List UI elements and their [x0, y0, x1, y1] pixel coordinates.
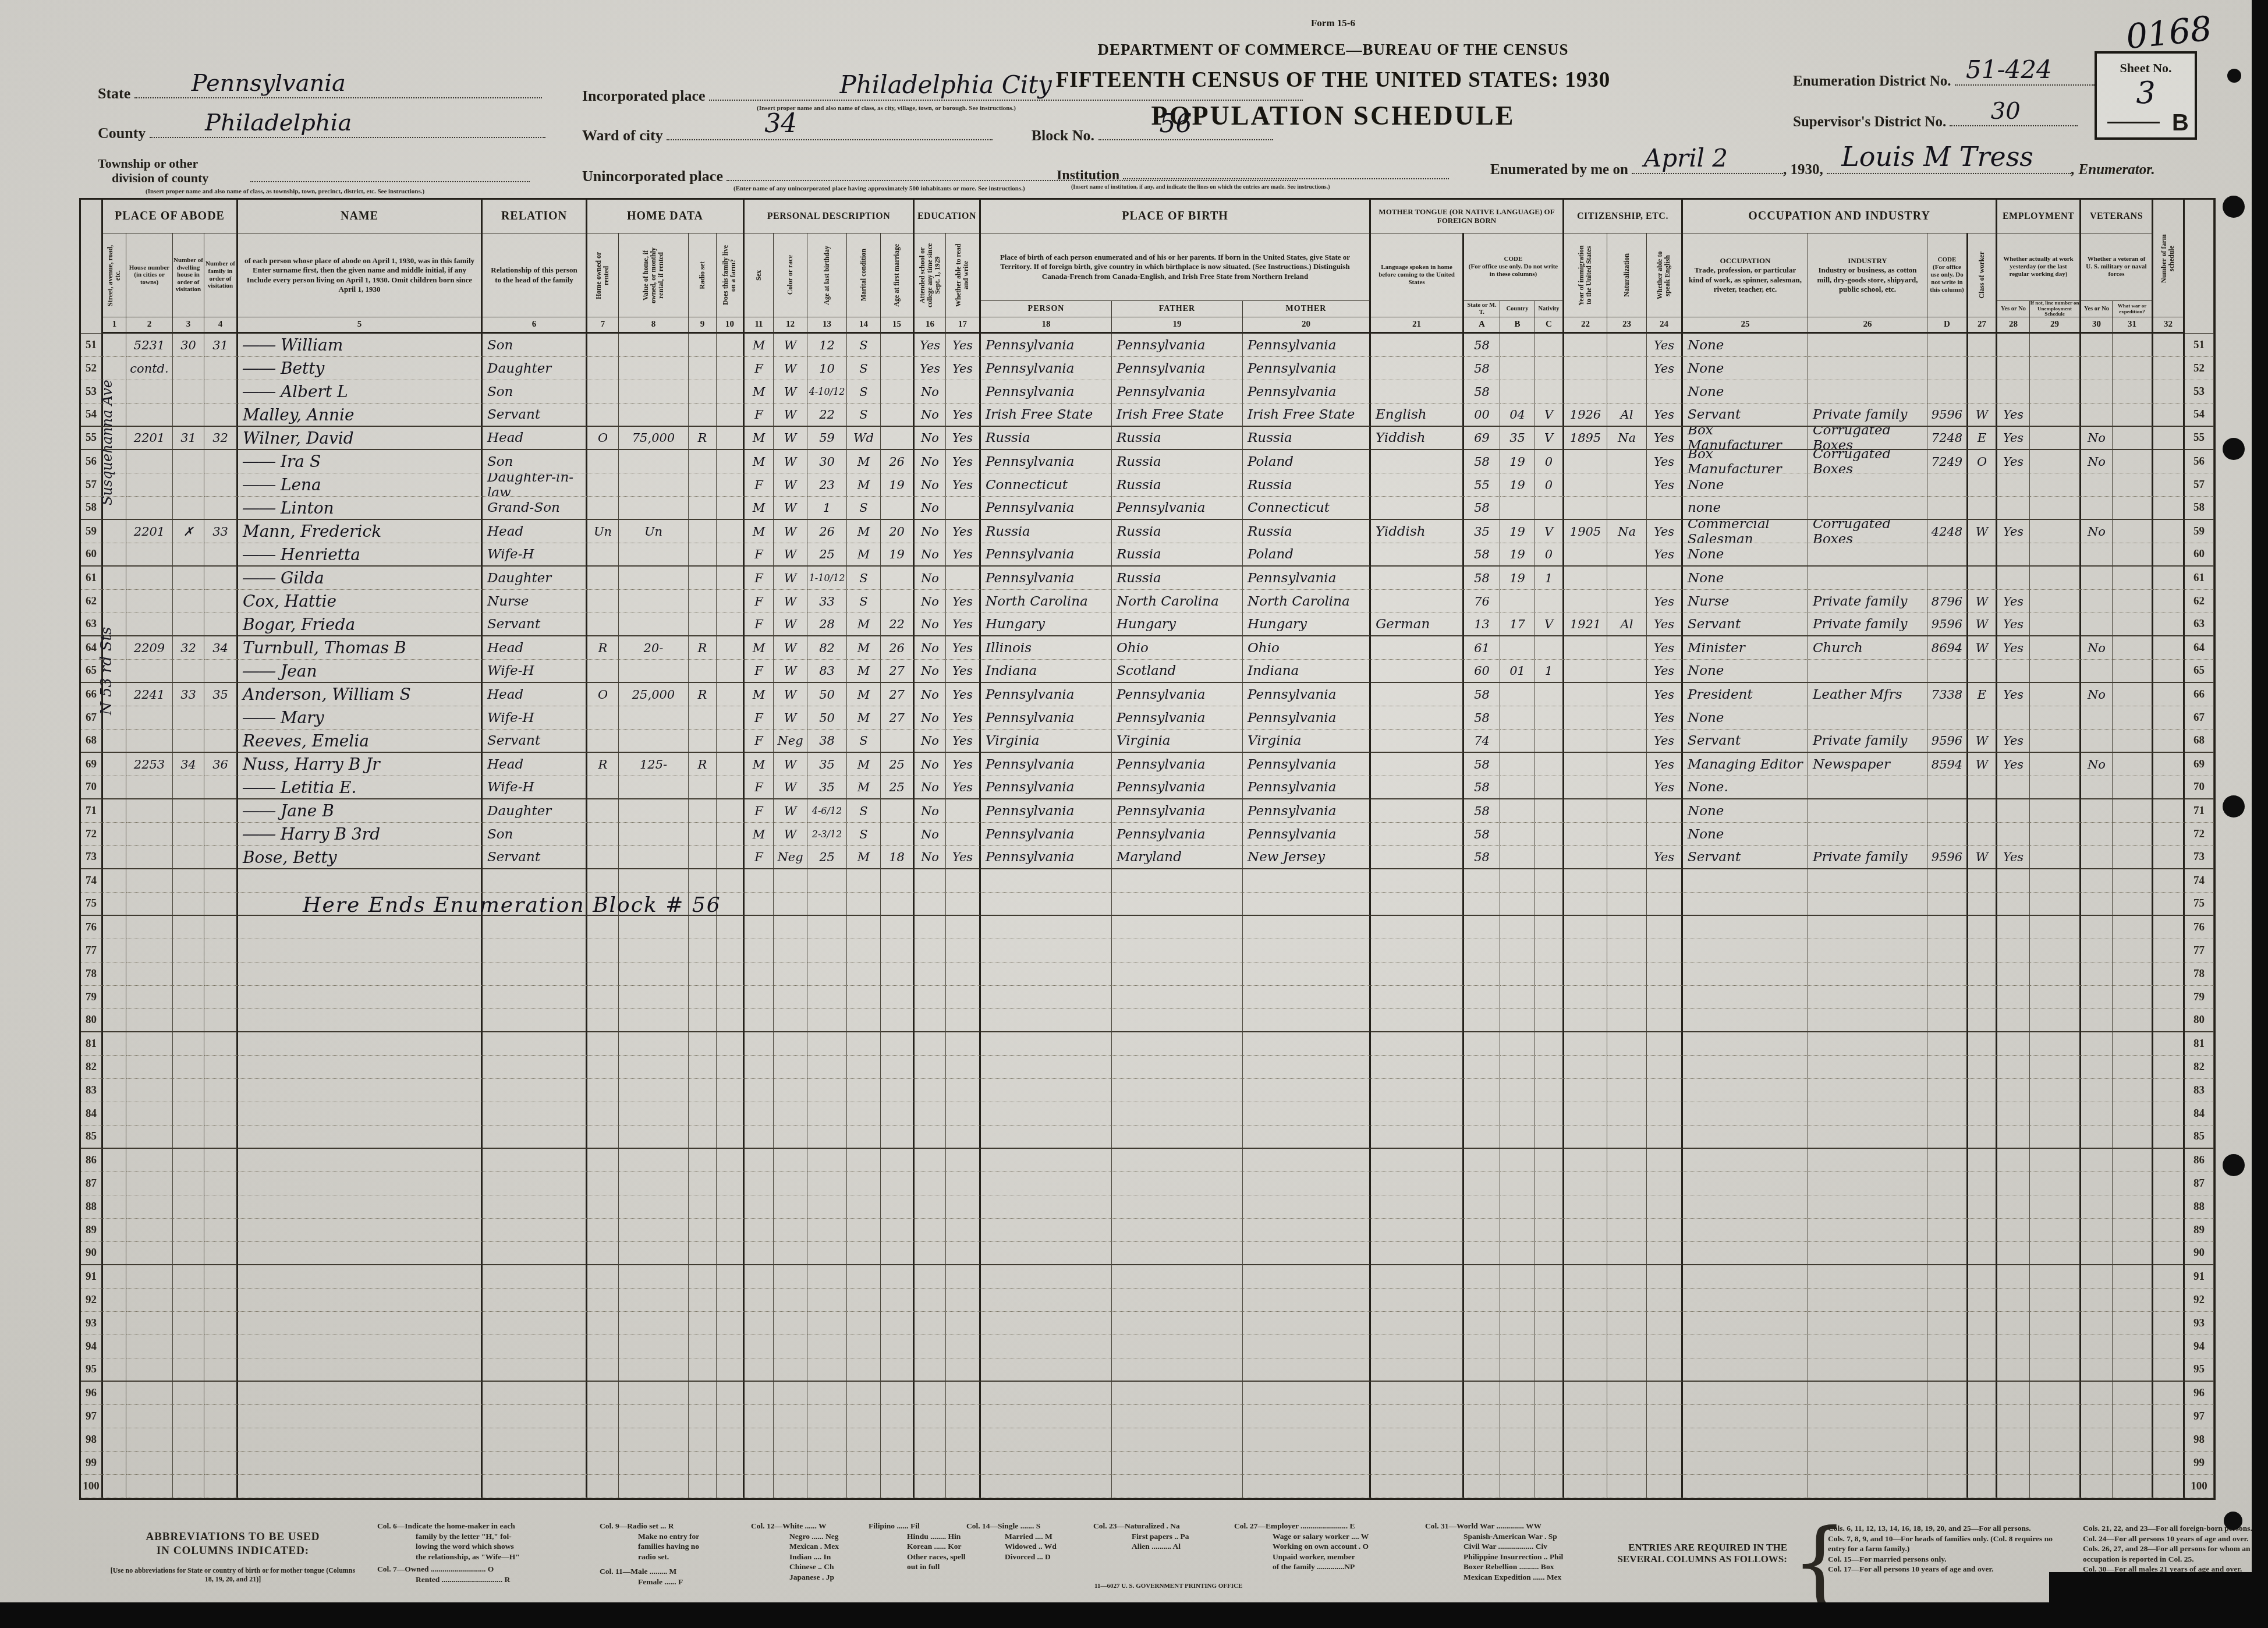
cell-am-71 [881, 799, 915, 823]
cell-am-58 [881, 497, 915, 520]
cell-fa-95 [717, 1358, 745, 1382]
line-number-right: 97 [2185, 1405, 2214, 1428]
cell-fs-95 [2153, 1358, 2185, 1382]
cell-aw-89 [1997, 1219, 2030, 1242]
legend-item: Col. 14—Single ....... S [966, 1521, 1057, 1531]
cell-cb-98 [1500, 1428, 1535, 1452]
cell-ms-67: M [847, 706, 881, 730]
cell-vl-73 [619, 846, 689, 869]
cell-ca-75 [1464, 893, 1500, 916]
cell-un-90 [2030, 1242, 2081, 1265]
cell-ow-69: R [587, 753, 619, 776]
cell-ow-81 [587, 1032, 619, 1056]
cell-fa-90 [717, 1242, 745, 1265]
cell-ms-99 [847, 1452, 881, 1475]
cell-yi-83 [1564, 1079, 1607, 1102]
cell-rl-85 [483, 1126, 587, 1149]
cell-dw-80 [173, 1009, 204, 1032]
line-number-right: 74 [2185, 869, 2214, 893]
line-number-right: 66 [2185, 683, 2214, 706]
punch-hole-3 [2223, 438, 2245, 460]
cell-sx-82 [745, 1056, 774, 1079]
cell-mb-65: Indiana [1243, 660, 1371, 683]
punch-hole-5 [2223, 1154, 2245, 1176]
cell-fa-96 [717, 1382, 745, 1405]
line-number-left: 85 [81, 1126, 103, 1149]
cell-ag-79 [807, 986, 847, 1009]
cell-nm-85 [238, 1126, 483, 1149]
cell-ca-55: 69 [1464, 427, 1500, 450]
cell-sx-66: M [745, 683, 774, 706]
column-number: 25 [1683, 317, 1808, 334]
line-number-right: 62 [2185, 590, 2214, 613]
cell-ca-90 [1464, 1242, 1500, 1265]
cell-oc-60: None [1683, 543, 1808, 567]
cell-wr-83 [2113, 1079, 2153, 1102]
cell-rl-72: Son [483, 823, 587, 846]
cell-mt-85 [1371, 1126, 1464, 1149]
column-header: PLACE OF ABODE [103, 200, 238, 233]
cell-rd-74 [689, 869, 717, 893]
cell-rd-57 [689, 473, 717, 497]
cell-fb-92 [1112, 1289, 1243, 1312]
column-number: 15 [881, 317, 915, 334]
cell-fa-85 [717, 1126, 745, 1149]
cell-fm-51: 31 [204, 334, 238, 357]
line-number-right: 89 [2185, 1219, 2214, 1242]
column-number: 20 [1243, 317, 1371, 334]
cell-ca-79 [1464, 986, 1500, 1009]
cell-rw-62: Yes [946, 590, 981, 613]
cell-am-63: 22 [881, 613, 915, 636]
cell-ow-95 [587, 1358, 619, 1382]
cell-sx-52: F [745, 357, 774, 380]
column-number: 18 [981, 317, 1112, 334]
cell-ms-70: M [847, 776, 881, 799]
cell-un-68 [2030, 730, 2081, 753]
legend-item: Korean ...... Kor [869, 1541, 966, 1552]
cell-fa-78 [717, 962, 745, 986]
line-number-right: 73 [2185, 846, 2214, 869]
cell-vl-59: Un [619, 520, 689, 543]
cell-na-71 [1607, 799, 1647, 823]
legend-item: families having no [600, 1541, 699, 1552]
cell-mt-65 [1371, 660, 1464, 683]
cell-cb-85 [1500, 1126, 1535, 1149]
cell-cw-71 [1968, 799, 1997, 823]
cell-fs-69 [2153, 753, 2185, 776]
cell-hn-79 [126, 986, 173, 1009]
cell-cw-54: W [1968, 404, 1997, 427]
cell-rd-80 [689, 1009, 717, 1032]
column-number: 9 [689, 317, 717, 334]
cell-vt-88 [2081, 1195, 2113, 1219]
cell-dw-65 [173, 660, 204, 683]
cell-sx-75 [745, 893, 774, 916]
cell-yi-91 [1564, 1265, 1607, 1289]
cell-rw-87 [946, 1172, 981, 1195]
institution-line [1123, 178, 1449, 179]
cell-fb-70: Pennsylvania [1112, 776, 1243, 799]
cell-dw-91 [173, 1265, 204, 1289]
cell-wr-62 [2113, 590, 2153, 613]
cell-hn-76 [126, 916, 173, 939]
cell-ag-78 [807, 962, 847, 986]
cell-rd-91 [689, 1265, 717, 1289]
cell-mb-73: New Jersey [1243, 846, 1371, 869]
cell-un-97 [2030, 1405, 2081, 1428]
cell-rd-66: R [689, 683, 717, 706]
cell-fb-66: Pennsylvania [1112, 683, 1243, 706]
cell-in-80 [1808, 1009, 1927, 1032]
cell-cr-75 [774, 893, 807, 916]
cell-in-76 [1808, 916, 1927, 939]
cell-hn-71 [126, 799, 173, 823]
cell-na-100 [1607, 1475, 1647, 1498]
legend-col31: Col. 31—World War .............. WWSpani… [1425, 1521, 1563, 1582]
cell-cb-64 [1500, 636, 1535, 660]
cell-hn-52: contd. [126, 357, 173, 380]
cell-rl-94 [483, 1335, 587, 1358]
cell-ms-52: S [847, 357, 881, 380]
cell-fa-57 [717, 473, 745, 497]
cell-cw-53 [1968, 380, 1997, 404]
cell-vt-56: No [2081, 450, 2113, 473]
cell-oc-62: Nurse [1683, 590, 1808, 613]
cell-dw-97 [173, 1405, 204, 1428]
cell-fb-98 [1112, 1428, 1243, 1452]
cell-st-68 [103, 730, 126, 753]
cell-ca-84 [1464, 1102, 1500, 1126]
column-number: 4 [204, 317, 238, 334]
cell-cw-75 [1968, 893, 1997, 916]
cell-cd-87 [1927, 1172, 1968, 1195]
cell-ms-87 [847, 1172, 881, 1195]
cell-vl-52 [619, 357, 689, 380]
cell-fs-96 [2153, 1382, 2185, 1405]
cell-nm-58: ―― Linton [238, 497, 483, 520]
cell-st-51 [103, 334, 126, 357]
cell-cw-62: W [1968, 590, 1997, 613]
cell-fs-76 [2153, 916, 2185, 939]
cell-ow-88 [587, 1195, 619, 1219]
cell-cw-74 [1968, 869, 1997, 893]
sheet-label: Sheet No. [2097, 61, 2195, 76]
cell-cr-67: W [774, 706, 807, 730]
cell-fs-91 [2153, 1265, 2185, 1289]
cell-st-61 [103, 567, 126, 590]
cell-hn-77 [126, 939, 173, 962]
cell-cr-64: W [774, 636, 807, 660]
cell-am-96 [881, 1382, 915, 1405]
cell-sc-69: No [915, 753, 946, 776]
cell-fa-67 [717, 706, 745, 730]
cell-ca-85 [1464, 1126, 1500, 1149]
cell-na-82 [1607, 1056, 1647, 1079]
cell-in-69: Newspaper [1808, 753, 1927, 776]
column-header: Number of family in order of visitation [204, 233, 238, 317]
cell-yi-56 [1564, 450, 1607, 473]
column-header: Naturalization [1607, 233, 1647, 317]
cell-vt-73 [2081, 846, 2113, 869]
cell-en-65: Yes [1647, 660, 1683, 683]
cell-hn-97 [126, 1405, 173, 1428]
cell-en-79 [1647, 986, 1683, 1009]
cell-fs-74 [2153, 869, 2185, 893]
cell-aw-90 [1997, 1242, 2030, 1265]
line-number-right: 86 [2185, 1149, 2214, 1172]
cell-en-95 [1647, 1358, 1683, 1382]
column-number: 19 [1112, 317, 1243, 334]
cell-na-93 [1607, 1312, 1647, 1335]
cell-en-60: Yes [1647, 543, 1683, 567]
cell-fa-55 [717, 427, 745, 450]
punch-hole-6 [2224, 1512, 2242, 1530]
cell-yi-81 [1564, 1032, 1607, 1056]
line-number-left: 89 [81, 1219, 103, 1242]
cell-oc-67: None [1683, 706, 1808, 730]
cell-ca-89 [1464, 1219, 1500, 1242]
cell-un-64 [2030, 636, 2081, 660]
cell-wr-98 [2113, 1428, 2153, 1452]
cell-sc-88 [915, 1195, 946, 1219]
cell-rl-67: Wife-H [483, 706, 587, 730]
cell-ms-91 [847, 1265, 881, 1289]
cell-rw-66: Yes [946, 683, 981, 706]
cell-fb-63: Hungary [1112, 613, 1243, 636]
cell-vl-78 [619, 962, 689, 986]
cell-en-51: Yes [1647, 334, 1683, 357]
cell-rw-94 [946, 1335, 981, 1358]
line-number-left: 70 [81, 776, 103, 799]
cell-mt-91 [1371, 1265, 1464, 1289]
cell-mb-85 [1243, 1126, 1371, 1149]
cell-fa-53 [717, 380, 745, 404]
cell-ag-85 [807, 1126, 847, 1149]
legend-item: Indian .... In [751, 1552, 839, 1562]
cell-mb-63: Hungary [1243, 613, 1371, 636]
cell-hn-73 [126, 846, 173, 869]
cell-cw-91 [1968, 1265, 1997, 1289]
cell-mb-60: Poland [1243, 543, 1371, 567]
cell-nm-51: ―― William [238, 334, 483, 357]
cell-ca-67: 58 [1464, 706, 1500, 730]
cell-hn-57 [126, 473, 173, 497]
cell-dw-86 [173, 1149, 204, 1172]
cell-vl-83 [619, 1079, 689, 1102]
cell-st-97 [103, 1405, 126, 1428]
cell-in-74 [1808, 869, 1927, 893]
cell-ag-73: 25 [807, 846, 847, 869]
cell-rl-97 [483, 1405, 587, 1428]
cell-na-75 [1607, 893, 1647, 916]
cell-pb-77 [981, 939, 1112, 962]
cell-am-84 [881, 1102, 915, 1126]
cell-vl-56 [619, 450, 689, 473]
unincorporated-label: Unincorporated place [582, 168, 723, 185]
cell-rw-67: Yes [946, 706, 981, 730]
line-number-right: 99 [2185, 1452, 2214, 1475]
line-number-right: 82 [2185, 1056, 2214, 1079]
cell-cb-52 [1500, 357, 1535, 380]
cell-wr-66 [2113, 683, 2153, 706]
column-header: Number of dwelling house in order of vis… [173, 233, 204, 317]
cell-nm-89 [238, 1219, 483, 1242]
column-header: Whether able to speak English [1647, 233, 1683, 317]
cell-mb-70: Pennsylvania [1243, 776, 1371, 799]
legend-item: Mexican . Mex [751, 1541, 839, 1552]
cell-pb-99 [981, 1452, 1112, 1475]
cell-sc-89 [915, 1219, 946, 1242]
cell-cr-95 [774, 1358, 807, 1382]
cell-mt-79 [1371, 986, 1464, 1009]
cell-hn-87 [126, 1172, 173, 1195]
cell-en-59: Yes [1647, 520, 1683, 543]
cell-cr-65: W [774, 660, 807, 683]
cell-fb-95 [1112, 1358, 1243, 1382]
cell-na-59: Na [1607, 520, 1647, 543]
cell-rw-55: Yes [946, 427, 981, 450]
cell-cb-63: 17 [1500, 613, 1535, 636]
cell-cc-71 [1535, 799, 1564, 823]
cell-fa-72 [717, 823, 745, 846]
column-number: 8 [619, 317, 689, 334]
cell-in-68: Private family [1808, 730, 1927, 753]
cell-pb-60: Pennsylvania [981, 543, 1112, 567]
cell-un-84 [2030, 1102, 2081, 1126]
cell-fm-78 [204, 962, 238, 986]
cell-wr-97 [2113, 1405, 2153, 1428]
cell-ow-97 [587, 1405, 619, 1428]
cell-nm-65: ―― Jean [238, 660, 483, 683]
entries-required-title: ENTRIES ARE REQUIRED IN THE SEVERAL COLU… [1595, 1542, 1787, 1565]
cell-ca-88 [1464, 1195, 1500, 1219]
cell-fa-76 [717, 916, 745, 939]
cell-in-66: Leather Mfrs [1808, 683, 1927, 706]
cell-oc-83 [1683, 1079, 1808, 1102]
cell-cr-53: W [774, 380, 807, 404]
cell-dw-83 [173, 1079, 204, 1102]
column-header: MOTHER TONGUE (OR NATIVE LANGUAGE) OF FO… [1371, 200, 1564, 233]
cell-mt-89 [1371, 1219, 1464, 1242]
cell-wr-70 [2113, 776, 2153, 799]
cell-rd-81 [689, 1032, 717, 1056]
cell-oc-55: Box Manufacturer [1683, 427, 1808, 450]
column-number: B [1500, 317, 1535, 334]
cell-cb-62 [1500, 590, 1535, 613]
enumerator-name: Louis M Tress [1841, 141, 2033, 172]
cell-ow-100 [587, 1475, 619, 1498]
cell-un-87 [2030, 1172, 2081, 1195]
cell-pb-71: Pennsylvania [981, 799, 1112, 823]
cell-mb-66: Pennsylvania [1243, 683, 1371, 706]
cell-fs-90 [2153, 1242, 2185, 1265]
cell-fa-56 [717, 450, 745, 473]
cell-un-54 [2030, 404, 2081, 427]
cell-cw-97 [1968, 1405, 1997, 1428]
column-number: 11 [745, 317, 774, 334]
cell-rw-99 [946, 1452, 981, 1475]
cell-rd-64: R [689, 636, 717, 660]
legend-item: Col. 27—Employer .......................… [1234, 1521, 1369, 1531]
cell-rl-51: Son [483, 334, 587, 357]
cell-nm-84 [238, 1102, 483, 1126]
cell-rd-94 [689, 1335, 717, 1358]
cell-aw-62: Yes [1997, 590, 2030, 613]
cell-fb-52: Pennsylvania [1112, 357, 1243, 380]
column-header: CITIZENSHIP, ETC. [1564, 200, 1683, 233]
cell-fb-96 [1112, 1382, 1243, 1405]
cell-cw-55: E [1968, 427, 1997, 450]
street-name-note-2: N 53 rd Sts [98, 627, 115, 715]
cell-fa-60 [717, 543, 745, 567]
cell-rw-82 [946, 1056, 981, 1079]
cell-vl-96 [619, 1382, 689, 1405]
cell-ca-51: 58 [1464, 334, 1500, 357]
cell-rw-79 [946, 986, 981, 1009]
cell-cb-83 [1500, 1079, 1535, 1102]
cell-dw-79 [173, 986, 204, 1009]
cell-wr-95 [2113, 1358, 2153, 1382]
cell-cw-81 [1968, 1032, 1997, 1056]
cell-vl-68 [619, 730, 689, 753]
cell-sc-77 [915, 939, 946, 962]
cell-cd-80 [1927, 1009, 1968, 1032]
cell-nm-55: Wilner, David [238, 427, 483, 450]
cell-am-72 [881, 823, 915, 846]
cell-ms-56: M [847, 450, 881, 473]
column-header: Color or race [774, 233, 807, 317]
cell-na-70 [1607, 776, 1647, 799]
cell-oc-54: Servant [1683, 404, 1808, 427]
cell-ow-58 [587, 497, 619, 520]
cell-rl-81 [483, 1032, 587, 1056]
cell-yi-76 [1564, 916, 1607, 939]
cell-cd-68: 9596 [1927, 730, 1968, 753]
cell-un-62 [2030, 590, 2081, 613]
legend-item: Civil War .................. Civ [1425, 1541, 1563, 1552]
cell-cd-88 [1927, 1195, 1968, 1219]
cell-ow-57 [587, 473, 619, 497]
cell-cc-68 [1535, 730, 1564, 753]
cell-wr-75 [2113, 893, 2153, 916]
cell-un-88 [2030, 1195, 2081, 1219]
cell-vl-79 [619, 986, 689, 1009]
cell-am-86 [881, 1149, 915, 1172]
cell-nm-52: ―― Betty [238, 357, 483, 380]
cell-na-66 [1607, 683, 1647, 706]
cell-rw-76 [946, 916, 981, 939]
cell-cb-59: 19 [1500, 520, 1535, 543]
cell-ms-57: M [847, 473, 881, 497]
cell-ms-76 [847, 916, 881, 939]
cell-un-95 [2030, 1358, 2081, 1382]
line-number-right: 61 [2185, 567, 2214, 590]
cell-dw-54 [173, 404, 204, 427]
cell-fs-62 [2153, 590, 2185, 613]
cell-aw-61 [1997, 567, 2030, 590]
cell-fa-91 [717, 1265, 745, 1289]
cell-vl-58 [619, 497, 689, 520]
cell-ow-85 [587, 1126, 619, 1149]
cell-oc-75 [1683, 893, 1808, 916]
cell-am-79 [881, 986, 915, 1009]
cell-fm-74 [204, 869, 238, 893]
cell-yi-94 [1564, 1335, 1607, 1358]
cell-oc-86 [1683, 1149, 1808, 1172]
cell-vl-64: 20- [619, 636, 689, 660]
cell-in-100 [1808, 1475, 1927, 1498]
